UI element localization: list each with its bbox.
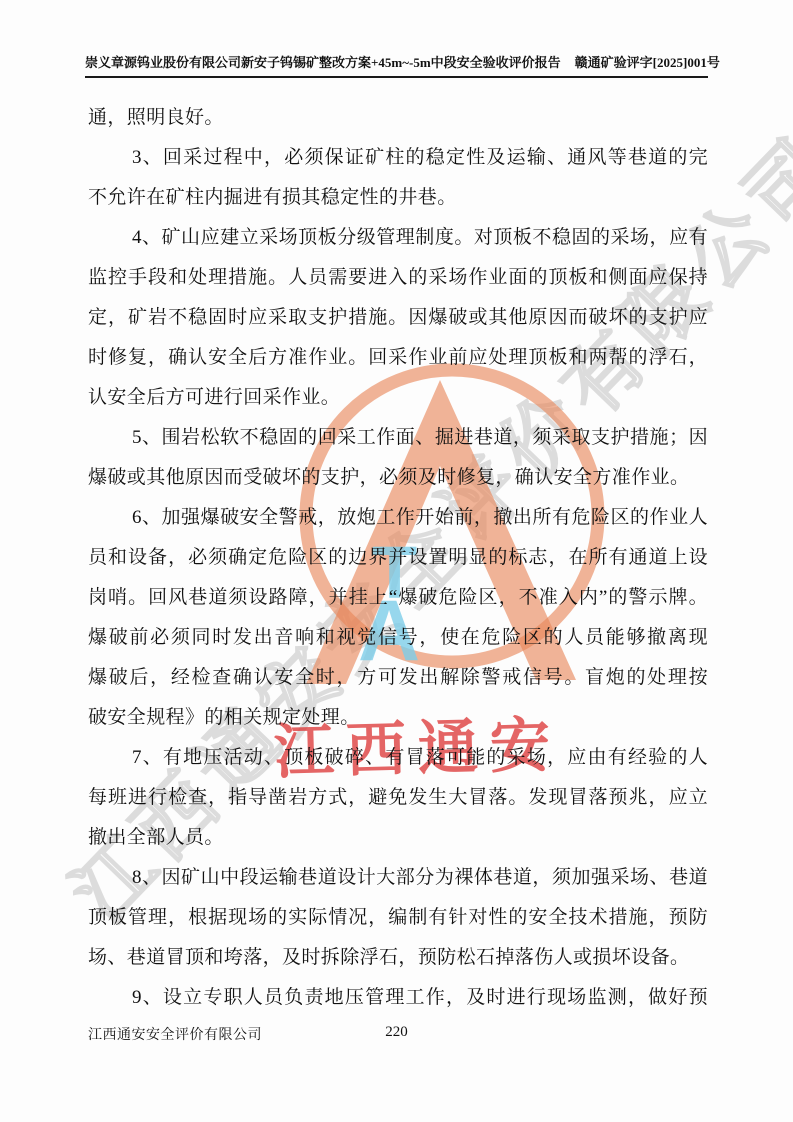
body-line: 岗哨。回风巷道须设路障，并挂上“爆破危险区，不准入内”的警示牌。	[88, 578, 708, 618]
document-number: 赣通矿验评字[2025]001号	[575, 52, 720, 71]
body-line: 认安全后方可进行回采作业。	[88, 378, 708, 418]
body-line: 爆破或其他原因而受破坏的支护，必须及时修复，确认安全方准作业。	[88, 458, 708, 498]
body-line: 6、加强爆破安全警戒，放炮工作开始前，撤出所有危险区的作业人	[88, 498, 708, 538]
footer-company-name: 江西通安安全评价有限公司	[88, 1024, 262, 1044]
body-line: 每班进行检查，指导凿岩方式，避免发生大冒落。发现冒落预兆，应立即	[88, 778, 708, 818]
body-line: 场、巷道冒顶和垮落，及时拆除浮石，预防松石掉落伤人或损坏设备。	[88, 938, 708, 978]
body-line: 4、矿山应建立采场顶板分级管理制度。对顶板不稳固的采场，应有	[88, 218, 708, 258]
body-line: 撤出全部人员。	[88, 818, 708, 858]
body-line: 爆破后，经检查确认安全时，方可发出解除警戒信号。盲炮的处理按《爆	[88, 658, 708, 698]
body-line: 监控手段和处理措施。人员需要进入的采场作业面的顶板和侧面应保持稳	[88, 258, 708, 298]
document-body: 通，照明良好。3、回采过程中，必须保证矿柱的稳定性及运输、通风等巷道的完好，不允…	[88, 98, 708, 1018]
body-line: 通，照明良好。	[88, 98, 708, 138]
report-title: 崇义章源钨业股份有限公司新安子钨锡矿整改方案+45m~-5m中段安全验收评价报告	[85, 52, 561, 71]
document-page: 江西通安安全评价有限公司 T A 江西通安 崇义章源钨业股份有限公司新安子钨锡矿…	[0, 0, 793, 1122]
body-line: 破安全规程》的相关规定处理。	[88, 698, 708, 738]
body-line: 8、因矿山中段运输巷道设计大部分为裸体巷道，须加强采场、巷道	[88, 858, 708, 898]
body-line: 顶板管理，根据现场的实际情况，编制有针对性的安全技术措施，预防采	[88, 898, 708, 938]
body-line: 定，矿岩不稳固时应采取支护措施。因爆破或其他原因而破坏的支护应及	[88, 298, 708, 338]
body-line: 爆破前必须同时发出音响和视觉信号，使在危险区的人员能够撤离现场，	[88, 618, 708, 658]
body-line: 员和设备，必须确定危险区的边界并设置明显的标志，在所有通道上设置	[88, 538, 708, 578]
body-line: 5、围岩松软不稳固的回采工作面、掘进巷道，须采取支护措施；因	[88, 418, 708, 458]
body-line: 3、回采过程中，必须保证矿柱的稳定性及运输、通风等巷道的完好，	[88, 138, 708, 178]
document-layer: 崇义章源钨业股份有限公司新安子钨锡矿整改方案+45m~-5m中段安全验收评价报告…	[0, 0, 793, 1122]
page-number: 220	[385, 1024, 408, 1041]
body-line: 9、设立专职人员负责地压管理工作，及时进行现场监测，做好预测、	[88, 978, 708, 1018]
body-line: 不允许在矿柱内掘进有损其稳定性的井巷。	[88, 178, 708, 218]
page-header: 崇义章源钨业股份有限公司新安子钨锡矿整改方案+45m~-5m中段安全验收评价报告…	[85, 52, 708, 78]
body-line: 7、有地压活动、顶板破碎、有冒落可能的采场，应由有经验的人员，	[88, 738, 708, 778]
body-line: 时修复，确认安全后方准作业。回采作业前应处理顶板和两帮的浮石，确	[88, 338, 708, 378]
